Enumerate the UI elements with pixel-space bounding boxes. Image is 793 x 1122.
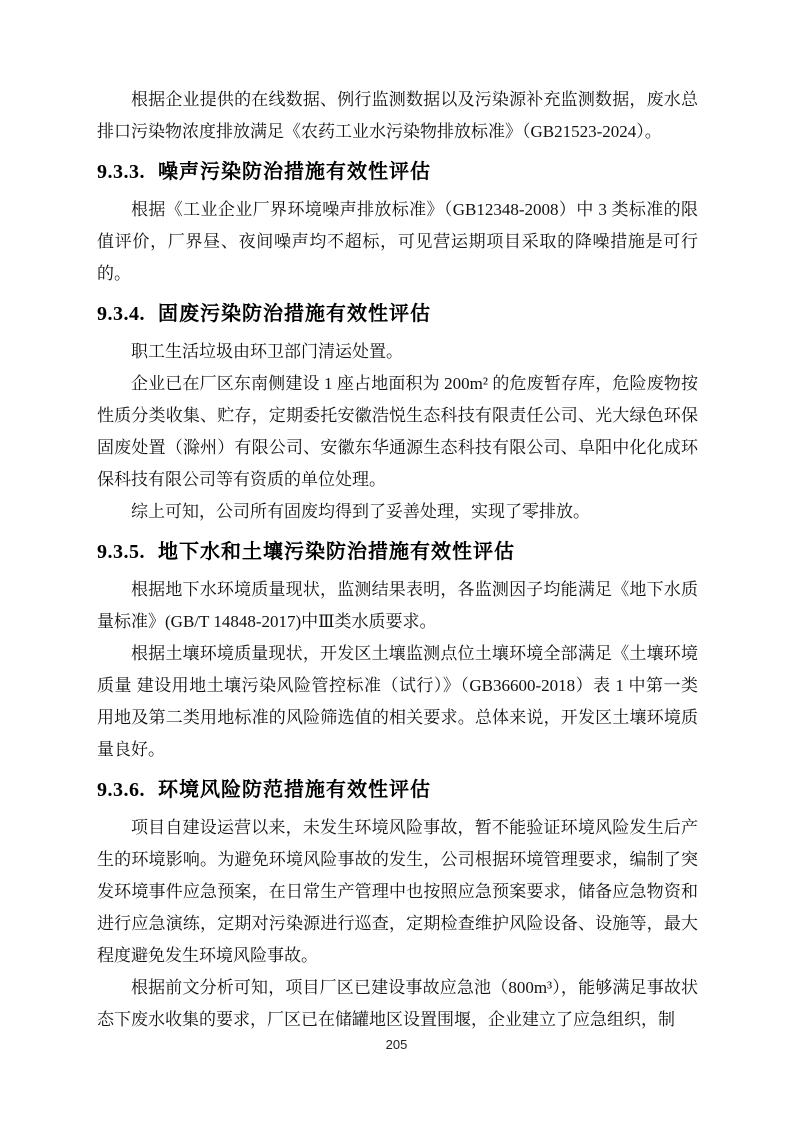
heading-title: 环境风险防范措施有效性评估 bbox=[158, 779, 431, 801]
document-body: 根据企业提供的在线数据、例行监测数据以及污染源补充监测数据，废水总排口污染物浓度… bbox=[97, 84, 698, 1036]
paragraph-wastewater-monitoring: 根据企业提供的在线数据、例行监测数据以及污染源补充监测数据，废水总排口污染物浓度… bbox=[97, 84, 698, 148]
heading-title: 噪声污染防治措施有效性评估 bbox=[158, 161, 431, 183]
paragraph-soil-quality: 根据土壤环境质量现状，开发区土壤监测点位土壤环境全部满足《土壤环境质量 建设用地… bbox=[97, 638, 698, 766]
heading-9-3-5-groundwater-soil: 9.3.5.地下水和土壤污染防治措施有效性评估 bbox=[97, 537, 698, 567]
paragraph-groundwater-quality: 根据地下水环境质量现状，监测结果表明，各监测因子均能满足《地下水质量标准》(GB… bbox=[97, 574, 698, 638]
heading-title: 固废污染防治措施有效性评估 bbox=[158, 303, 431, 325]
heading-9-3-4-solid-waste: 9.3.4.固废污染防治措施有效性评估 bbox=[97, 299, 698, 329]
heading-9-3-6-environmental-risk: 9.3.6.环境风险防范措施有效性评估 bbox=[97, 775, 698, 805]
heading-title: 地下水和土壤污染防治措施有效性评估 bbox=[158, 541, 515, 563]
paragraph-emergency-pool: 根据前文分析可知，项目厂区已建设事故应急池（800m³），能够满足事故状态下废水… bbox=[97, 972, 698, 1036]
heading-number: 9.3.4. bbox=[97, 303, 145, 325]
heading-number: 9.3.5. bbox=[97, 541, 145, 563]
heading-number: 9.3.6. bbox=[97, 779, 145, 801]
paragraph-domestic-garbage: 职工生活垃圾由环卫部门清运处置。 bbox=[97, 336, 698, 368]
paragraph-risk-management: 项目自建设运营以来，未发生环境风险事故，暂不能验证环境风险发生后产生的环境影响。… bbox=[97, 812, 698, 972]
paragraph-solid-waste-summary: 综上可知，公司所有固废均得到了妥善处理，实现了零排放。 bbox=[97, 496, 698, 528]
paragraph-noise-standard: 根据《工业企业厂界环境噪声排放标准》（GB12348-2008）中 3 类标准的… bbox=[97, 194, 698, 290]
paragraph-hazardous-waste-storage: 企业已在厂区东南侧建设 1 座占地面积为 200m² 的危废暂存库，危险废物按性… bbox=[97, 368, 698, 496]
page-number: 205 bbox=[0, 1037, 793, 1052]
heading-number: 9.3.3. bbox=[97, 161, 145, 183]
heading-9-3-3-noise: 9.3.3.噪声污染防治措施有效性评估 bbox=[97, 157, 698, 187]
